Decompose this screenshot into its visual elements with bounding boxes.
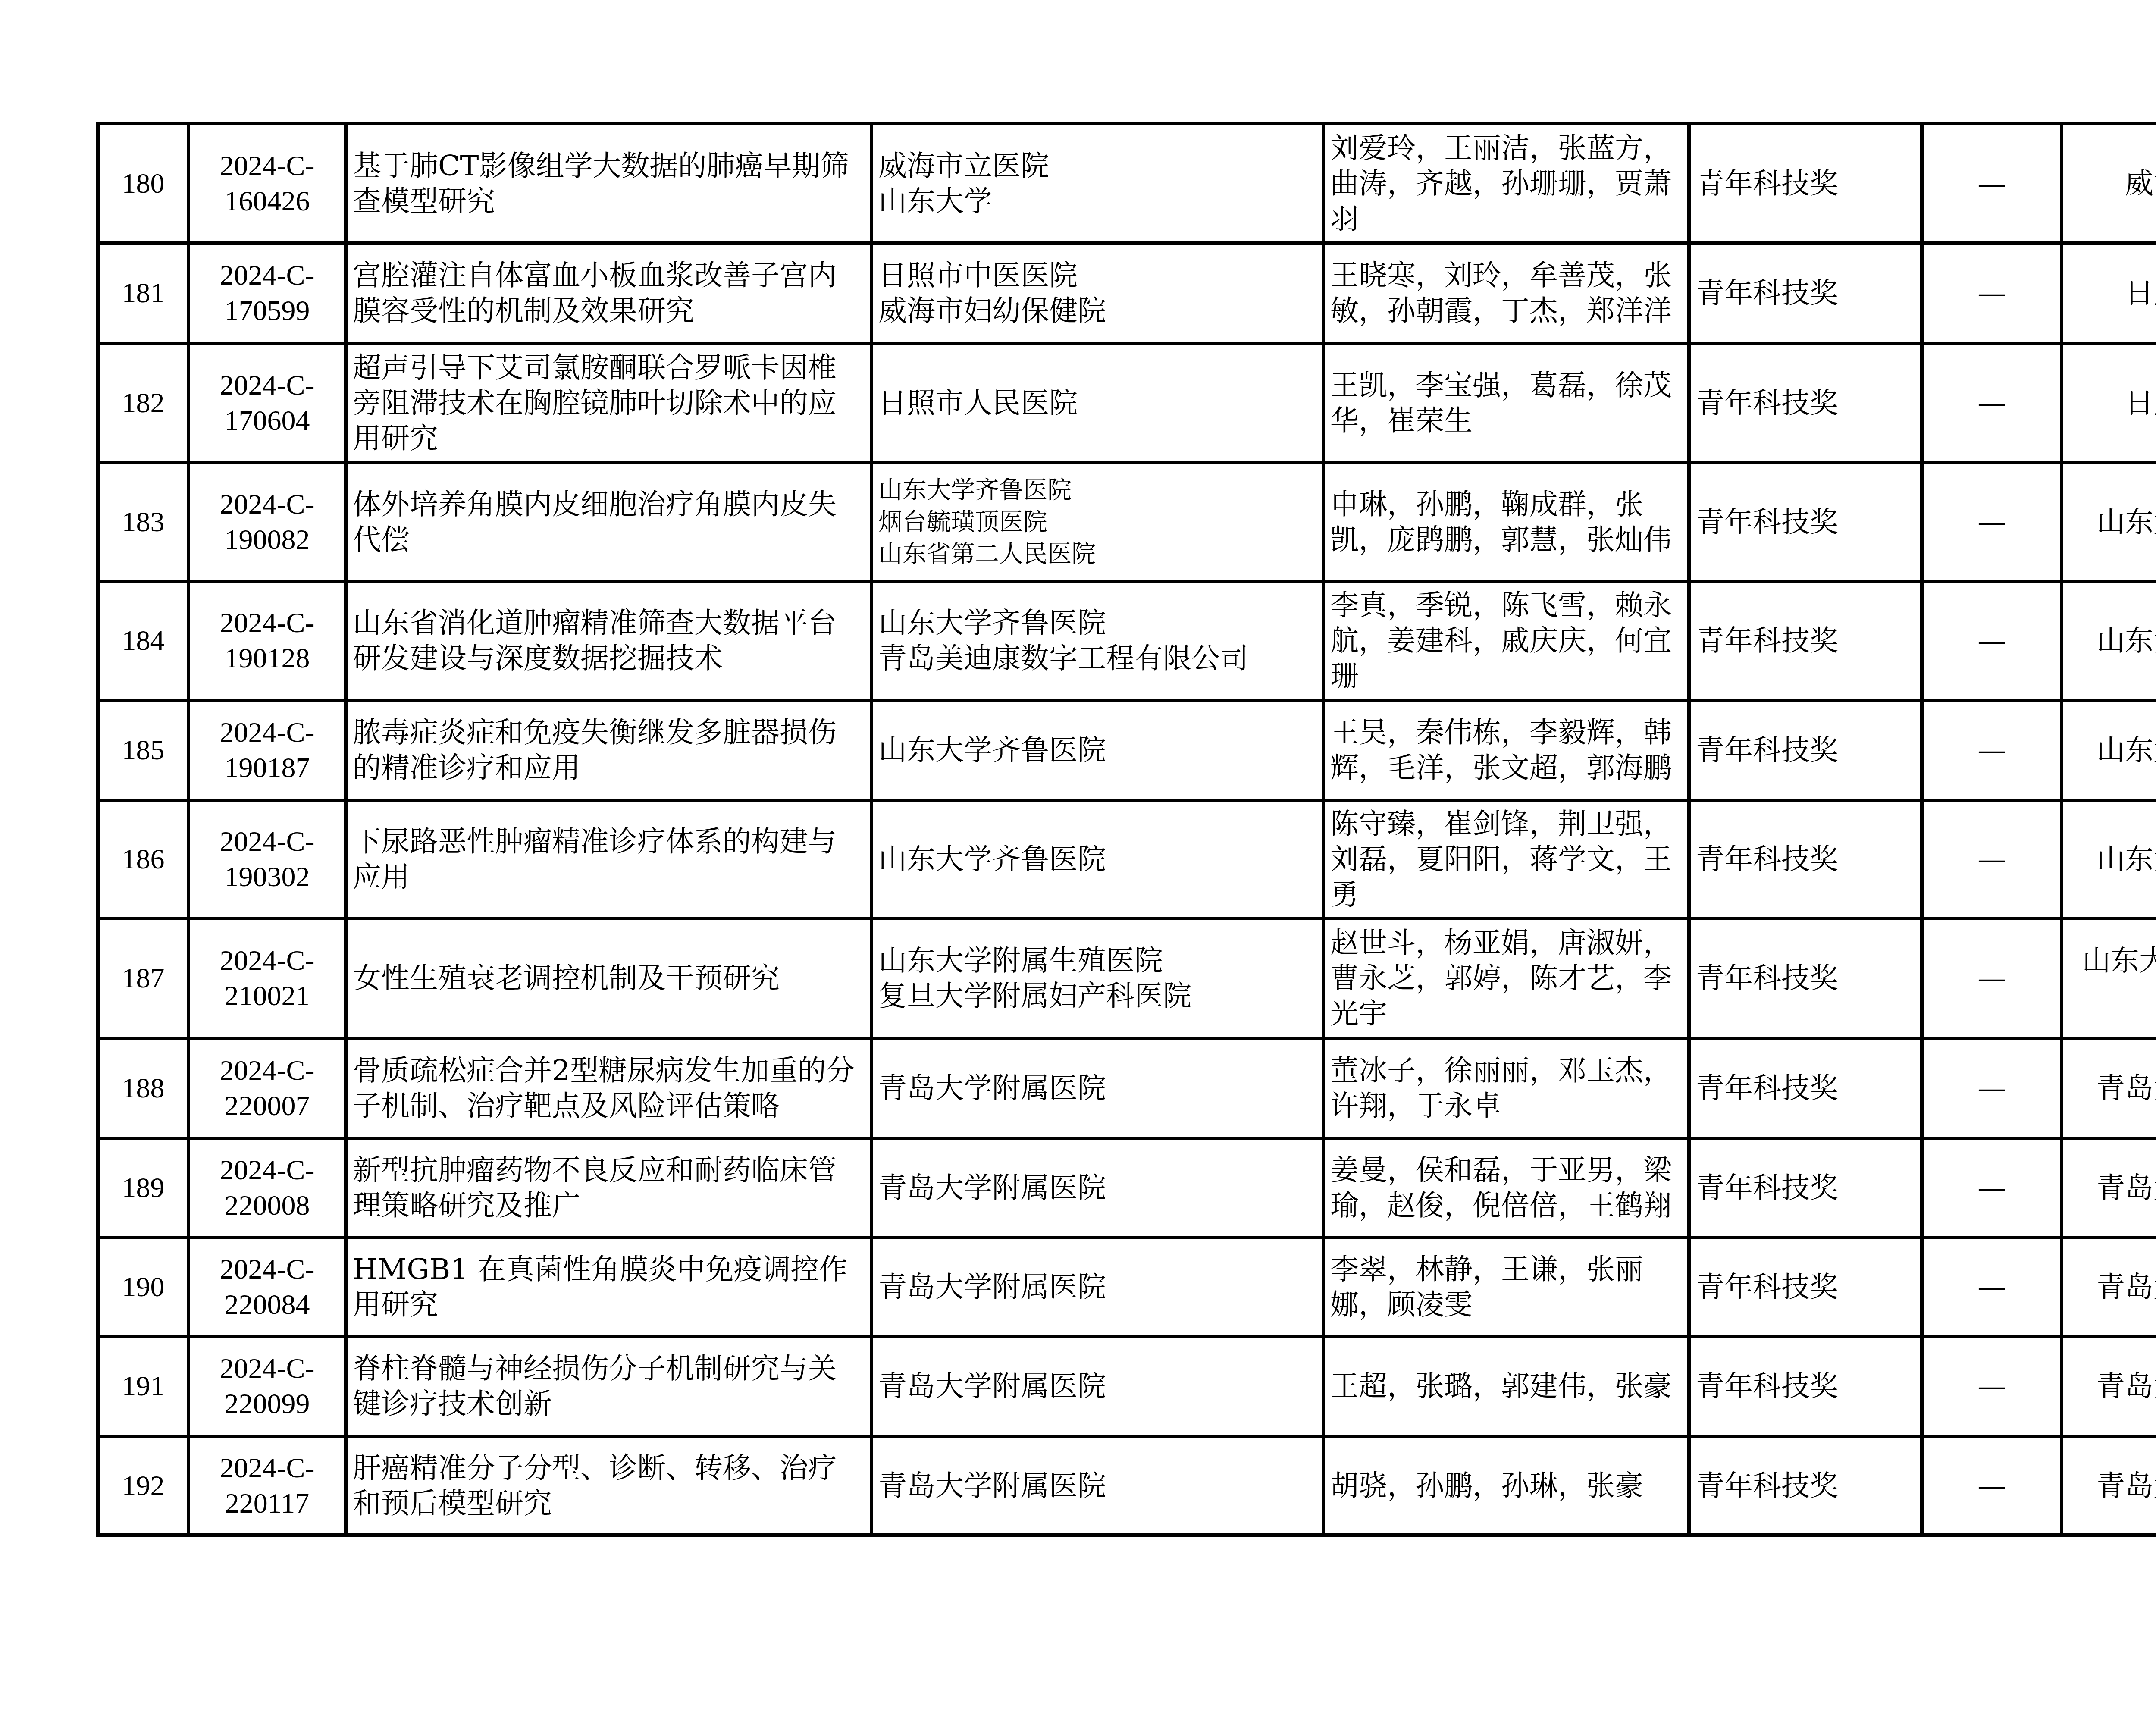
project-code-number: 170604 [195,403,339,439]
project-code-number: 210021 [195,978,339,1014]
grade: — [1977,843,2006,876]
cell-recommender: 山东大学齐鲁医院 [2062,700,2156,800]
project-title: 女性生殖衰老调控机制及干预研究 [353,962,780,995]
cell-award-type: 青年科技奖 [1689,463,1922,581]
serial-number: 192 [122,1470,165,1501]
recommender: 日照市医学会 [2125,386,2156,420]
award-type: 青年科技奖 [1696,733,1838,767]
cell-contributors: 申琳，孙鹏，鞠成群，张凯，庞鹍鹏，郭慧，张灿伟 [1323,463,1689,581]
table-row: 187 2024-C- 210021 女性生殖衰老调控机制及干预研究 山东大学附… [98,918,2156,1038]
cell-project-title: HMGB1 在真菌性角膜炎中免疫调控作用研究 [346,1238,871,1336]
recommender: 青岛大学附属医院 [2096,1369,2156,1403]
project-code-number: 220099 [195,1386,339,1422]
recommender: 山东大学齐鲁医院 [2096,733,2156,767]
cell-project-code: 2024-C- 220117 [188,1436,346,1535]
project-code-number: 220117 [195,1486,339,1521]
project-code-prefix: 2024-C- [195,368,339,403]
cell-grade: — [1922,1038,2062,1138]
cell-project-code: 2024-C- 190302 [188,800,346,918]
cell-grade: — [1922,581,2062,700]
cell-project-title: 体外培养角膜内皮细胞治疗角膜内皮失代偿 [346,463,871,581]
grade: — [1977,386,2006,420]
table-row: 180 2024-C- 160426 基于肺CT影像组学大数据的肺癌早期筛查模型… [98,124,2156,243]
project-code-number: 220008 [195,1188,339,1223]
cell-contributors: 王超，张璐，郭建伟，张豪 [1323,1336,1689,1436]
award-type: 青年科技奖 [1696,843,1838,876]
cell-serial-number: 190 [98,1238,188,1336]
cell-project-title: 肝癌精准分子分型、诊断、转移、治疗和预后模型研究 [346,1436,871,1535]
cell-contributors: 王晓寒，刘玲，牟善茂，张敏，孙朝霞，丁杰，郑洋洋 [1323,243,1689,343]
cell-award-type: 青年科技奖 [1689,918,1922,1038]
cell-recommender: 山东大学齐鲁医院 [2062,800,2156,918]
contributors: 申琳，孙鹏，鞠成群，张凯，庞鹍鹏，郭慧，张灿伟 [1330,488,1672,556]
project-title: 基于肺CT影像组学大数据的肺癌早期筛查模型研究 [353,149,849,218]
cell-serial-number: 181 [98,243,188,343]
institution-name: 青岛大学附属医院 [878,1468,1316,1504]
cell-contributors: 陈守臻，崔剑锋，荆卫强，刘磊，夏阳阳，蒋学文，王勇 [1323,800,1689,918]
table-body: 180 2024-C- 160426 基于肺CT影像组学大数据的肺癌早期筛查模型… [98,124,2156,1535]
cell-project-code: 2024-C- 160426 [188,124,346,243]
institution-name: 山东大学 [878,184,1316,219]
serial-number: 189 [122,1172,165,1203]
serial-number: 183 [122,506,165,538]
project-code-prefix: 2024-C- [195,148,339,184]
institution-name: 青岛大学附属医院 [878,1269,1316,1305]
institution-name: 青岛美迪康数字工程有限公司 [878,641,1316,676]
project-code-number: 190128 [195,641,339,676]
institution-name: 山东大学附属生殖医院 [878,943,1316,978]
cell-project-code: 2024-C- 220084 [188,1238,346,1336]
cell-contributors: 姜曼，侯和磊，于亚男，梁瑜，赵俊，倪倍倍，王鹤翔 [1323,1138,1689,1238]
cell-serial-number: 192 [98,1436,188,1535]
cell-recommender: 日照市医学会 [2062,343,2156,463]
project-code-prefix: 2024-C- [195,1252,339,1287]
institution-name: 山东大学齐鲁医院 [878,605,1316,641]
cell-institutions: 青岛大学附属医院 [871,1038,1323,1138]
cell-project-title: 超声引导下艾司氯胺酮联合罗哌卡因椎旁阻滞技术在胸腔镜肺叶切除术中的应用研究 [346,343,871,463]
project-title: 山东省消化道肿瘤精准筛查大数据平台研发建设与深度数据挖掘技术 [353,606,837,675]
contributors: 王超，张璐，郭建伟，张豪 [1330,1369,1672,1403]
cell-recommender: 青岛大学附属医院 [2062,1038,2156,1138]
cell-contributors: 赵世斗，杨亚娟，唐淑妍，曹永芝，郭婷，陈才艺，李光宇 [1323,918,1689,1038]
cell-project-title: 脊柱脊髓与神经损伤分子机制研究与关键诊疗技术创新 [346,1336,871,1436]
award-type: 青年科技奖 [1696,1369,1838,1403]
project-code-prefix: 2024-C- [195,824,339,859]
cell-project-code: 2024-C- 210021 [188,918,346,1038]
recommender: 山东大学齐鲁医院 [2096,843,2156,876]
contributors: 李真，季锐，陈飞雪，赖永航，姜建科，戚庆庆，何宜珊 [1330,589,1672,693]
cell-project-title: 脓毒症炎症和免疫失衡继发多脏器损伤的精准诊疗和应用 [346,700,871,800]
institution-name: 青岛大学附属医院 [878,1369,1316,1404]
cell-grade: — [1922,800,2062,918]
cell-project-title: 山东省消化道肿瘤精准筛查大数据平台研发建设与深度数据挖掘技术 [346,581,871,700]
table-row: 181 2024-C- 170599 宫腔灌注自体富血小板血浆改善子宫内膜容受性… [98,243,2156,343]
cell-serial-number: 184 [98,581,188,700]
grade: — [1977,962,2006,995]
institution-name: 山东大学齐鲁医院 [878,842,1316,877]
contributors: 赵世斗，杨亚娟，唐淑妍，曹永芝，郭婷，陈才艺，李光宇 [1330,926,1672,1030]
recommender: 青岛大学附属医院 [2096,1469,2156,1502]
institution-name: 山东大学齐鲁医院 [878,474,1316,506]
cell-contributors: 李翠，林静，王谦，张丽娜，顾凌雯 [1323,1238,1689,1336]
table-row: 189 2024-C- 220008 新型抗肿瘤药物不良反应和耐药临床管理策略研… [98,1138,2156,1238]
cell-institutions: 山东大学附属生殖医院复旦大学附属妇产科医院 [871,918,1323,1038]
project-code-prefix: 2024-C- [195,715,339,750]
cell-award-type: 青年科技奖 [1689,243,1922,343]
project-code-prefix: 2024-C- [195,1053,339,1088]
project-code-prefix: 2024-C- [195,1351,339,1386]
cell-award-type: 青年科技奖 [1689,1336,1922,1436]
cell-institutions: 青岛大学附属医院 [871,1336,1323,1436]
cell-award-type: 青年科技奖 [1689,1436,1922,1535]
institution-name: 青岛大学附属医院 [878,1170,1316,1206]
cell-institutions: 青岛大学附属医院 [871,1436,1323,1535]
project-code-number: 190082 [195,522,339,558]
cell-recommender: 青岛大学附属医院 [2062,1336,2156,1436]
cell-serial-number: 189 [98,1138,188,1238]
table-row: 190 2024-C- 220084 HMGB1 在真菌性角膜炎中免疫调控作用研… [98,1238,2156,1336]
contributors: 董冰子，徐丽丽，邓玉杰，许翔，于永卓 [1330,1054,1672,1122]
cell-grade: — [1922,700,2062,800]
cell-project-title: 基于肺CT影像组学大数据的肺癌早期筛查模型研究 [346,124,871,243]
contributors: 王晓寒，刘玲，牟善茂，张敏，孙朝霞，丁杰，郑洋洋 [1330,259,1672,327]
contributors: 王凯，李宝强，葛磊，徐茂华，崔荣生 [1330,369,1672,437]
project-code-number: 190187 [195,750,339,786]
institution-name: 复旦大学附属妇产科医院 [878,978,1316,1014]
cell-project-code: 2024-C- 170599 [188,243,346,343]
cell-grade: — [1922,1336,2062,1436]
contributors: 刘爱玲，王丽洁，张蓝方，曲涛，齐越，孙珊珊，贾萧羽 [1330,132,1672,235]
project-code-prefix: 2024-C- [195,1451,339,1486]
table-row: 186 2024-C- 190302 下尿路恶性肿瘤精准诊疗体系的构建与应用 山… [98,800,2156,918]
cell-award-type: 青年科技奖 [1689,581,1922,700]
project-title: 体外培养角膜内皮细胞治疗角膜内皮失代偿 [353,488,837,556]
project-code-prefix: 2024-C- [195,943,339,978]
contributors: 陈守臻，崔剑锋，荆卫强，刘磊，夏阳阳，蒋学文，王勇 [1330,807,1672,911]
contributors: 胡骁，孙鹏，孙琳，张豪 [1330,1469,1643,1502]
project-title: 下尿路恶性肿瘤精准诊疗体系的构建与应用 [353,825,837,893]
project-title: HMGB1 在真菌性角膜炎中免疫调控作用研究 [353,1253,847,1321]
cell-grade: — [1922,463,2062,581]
cell-project-code: 2024-C- 220008 [188,1138,346,1238]
cell-project-title: 女性生殖衰老调控机制及干预研究 [346,918,871,1038]
cell-serial-number: 185 [98,700,188,800]
award-type: 青年科技奖 [1696,276,1838,310]
cell-grade: — [1922,343,2062,463]
grade: — [1977,1072,2006,1105]
grade: — [1977,1270,2006,1304]
serial-number: 182 [122,387,165,419]
award-type: 青年科技奖 [1696,962,1838,995]
project-code-prefix: 2024-C- [195,1153,339,1188]
grade: — [1977,1469,2006,1502]
award-type: 青年科技奖 [1696,624,1838,657]
cell-recommender: 山东大学齐鲁医院 [2062,581,2156,700]
project-title: 骨质疏松症合并2型糖尿病发生加重的分子机制、治疗靶点及风险评估策略 [353,1054,855,1122]
contributors: 王昊，秦伟栋，李毅辉，韩辉，毛洋，张文超，郭海鹏 [1330,716,1672,784]
cell-project-code: 2024-C- 220007 [188,1038,346,1138]
serial-number: 180 [122,168,165,199]
cell-contributors: 李真，季锐，陈飞雪，赖永航，姜建科，戚庆庆，何宜珊 [1323,581,1689,700]
cell-award-type: 青年科技奖 [1689,1138,1922,1238]
cell-serial-number: 180 [98,124,188,243]
cell-institutions: 山东大学齐鲁医院 [871,800,1323,918]
cell-contributors: 王凯，李宝强，葛磊，徐茂华，崔荣生 [1323,343,1689,463]
award-type: 青年科技奖 [1696,1171,1838,1204]
recommender: 日照市医学会 [2125,276,2156,310]
cell-institutions: 威海市立医院山东大学 [871,124,1323,243]
project-code-prefix: 2024-C- [195,258,339,293]
award-type: 青年科技奖 [1696,1072,1838,1105]
cell-grade: — [1922,918,2062,1038]
institution-name: 青岛大学附属医院 [878,1071,1316,1106]
cell-grade: — [1922,1238,2062,1336]
institution-name: 烟台毓璜顶医院 [878,506,1316,538]
cell-award-type: 青年科技奖 [1689,1038,1922,1138]
cell-award-type: 青年科技奖 [1689,800,1922,918]
cell-institutions: 山东大学齐鲁医院青岛美迪康数字工程有限公司 [871,581,1323,700]
cell-grade: — [1922,124,2062,243]
cell-project-title: 新型抗肿瘤药物不良反应和耐药临床管理策略研究及推广 [346,1138,871,1238]
serial-number: 187 [122,962,165,994]
cell-contributors: 董冰子，徐丽丽，邓玉杰，许翔，于永卓 [1323,1038,1689,1138]
recommender: 山东大学附属生殖医院 [2082,944,2156,1012]
cell-institutions: 青岛大学附属医院 [871,1138,1323,1238]
award-type: 青年科技奖 [1696,386,1838,420]
cell-institutions: 日照市中医医院威海市妇幼保健院 [871,243,1323,343]
project-title: 超声引导下艾司氯胺酮联合罗哌卡因椎旁阻滞技术在胸腔镜肺叶切除术中的应用研究 [353,351,837,455]
project-code-prefix: 2024-C- [195,487,339,522]
cell-project-title: 宫腔灌注自体富血小板血浆改善子宫内膜容受性的机制及效果研究 [346,243,871,343]
table-row: 188 2024-C- 220007 骨质疏松症合并2型糖尿病发生加重的分子机制… [98,1038,2156,1138]
project-title: 新型抗肿瘤药物不良反应和耐药临床管理策略研究及推广 [353,1153,837,1222]
contributors: 姜曼，侯和磊，于亚男，梁瑜，赵俊，倪倍倍，王鹤翔 [1330,1153,1672,1222]
award-type: 青年科技奖 [1696,1270,1838,1304]
cell-contributors: 王昊，秦伟栋，李毅辉，韩辉，毛洋，张文超，郭海鹏 [1323,700,1689,800]
cell-institutions: 日照市人民医院 [871,343,1323,463]
table-row: 184 2024-C- 190128 山东省消化道肿瘤精准筛查大数据平台研发建设… [98,581,2156,700]
serial-number: 190 [122,1271,165,1303]
recommender: 山东大学齐鲁医院 [2096,505,2156,539]
project-code-number: 170599 [195,293,339,329]
table-row: 182 2024-C- 170604 超声引导下艾司氯胺酮联合罗哌卡因椎旁阻滞技… [98,343,2156,463]
cell-recommender: 青岛大学附属医院 [2062,1238,2156,1336]
serial-number: 188 [122,1072,165,1104]
cell-award-type: 青年科技奖 [1689,700,1922,800]
serial-number: 191 [122,1370,165,1402]
table-row: 192 2024-C- 220117 肝癌精准分子分型、诊断、转移、治疗和预后模… [98,1436,2156,1535]
grade: — [1977,167,2006,200]
project-code-number: 220007 [195,1088,339,1124]
project-code-number: 190302 [195,859,339,895]
cell-recommender: 山东大学附属生殖医院 [2062,918,2156,1038]
cell-grade: — [1922,1436,2062,1535]
award-table: 180 2024-C- 160426 基于肺CT影像组学大数据的肺癌早期筛查模型… [96,122,2156,1537]
project-code-number: 220084 [195,1287,339,1322]
cell-institutions: 山东大学齐鲁医院 [871,700,1323,800]
institution-name: 日照市中医医院 [878,258,1316,293]
cell-grade: — [1922,243,2062,343]
award-type: 青年科技奖 [1696,1469,1838,1502]
table-row: 183 2024-C- 190082 体外培养角膜内皮细胞治疗角膜内皮失代偿 山… [98,463,2156,581]
cell-institutions: 山东大学齐鲁医院烟台毓璜顶医院山东省第二人民医院 [871,463,1323,581]
recommender: 青岛大学附属医院 [2096,1270,2156,1304]
cell-project-title: 骨质疏松症合并2型糖尿病发生加重的分子机制、治疗靶点及风险评估策略 [346,1038,871,1138]
serial-number: 184 [122,625,165,656]
cell-project-title: 下尿路恶性肿瘤精准诊疗体系的构建与应用 [346,800,871,918]
cell-award-type: 青年科技奖 [1689,124,1922,243]
cell-project-code: 2024-C- 190128 [188,581,346,700]
grade: — [1977,1171,2006,1204]
cell-grade: — [1922,1138,2062,1238]
cell-project-code: 2024-C- 190187 [188,700,346,800]
cell-serial-number: 191 [98,1336,188,1436]
grade: — [1977,276,2006,310]
institution-name: 日照市人民医院 [878,385,1316,421]
serial-number: 186 [122,843,165,875]
table-row: 191 2024-C- 220099 脊柱脊髓与神经损伤分子机制研究与关键诊疗技… [98,1336,2156,1436]
project-title: 脓毒症炎症和免疫失衡继发多脏器损伤的精准诊疗和应用 [353,716,837,784]
cell-recommender: 日照市医学会 [2062,243,2156,343]
award-type: 青年科技奖 [1696,167,1838,200]
grade: — [1977,733,2006,767]
award-type: 青年科技奖 [1696,505,1838,539]
project-title: 宫腔灌注自体富血小板血浆改善子宫内膜容受性的机制及效果研究 [353,259,837,327]
cell-award-type: 青年科技奖 [1689,1238,1922,1336]
cell-serial-number: 187 [98,918,188,1038]
project-title: 肝癌精准分子分型、诊断、转移、治疗和预后模型研究 [353,1451,837,1520]
cell-contributors: 胡骁，孙鹏，孙琳，张豪 [1323,1436,1689,1535]
project-title: 脊柱脊髓与神经损伤分子机制研究与关键诊疗技术创新 [353,1352,837,1420]
institution-name: 威海市立医院 [878,148,1316,184]
grade: — [1977,505,2006,539]
cell-project-code: 2024-C- 170604 [188,343,346,463]
cell-recommender: 青岛大学附属医院 [2062,1436,2156,1535]
cell-recommender: 山东大学齐鲁医院 [2062,463,2156,581]
cell-award-type: 青年科技奖 [1689,343,1922,463]
recommender: 山东大学齐鲁医院 [2096,624,2156,657]
project-code-number: 160426 [195,184,339,219]
contributors: 李翠，林静，王谦，张丽娜，顾凌雯 [1330,1253,1643,1321]
cell-institutions: 青岛大学附属医院 [871,1238,1323,1336]
serial-number: 181 [122,277,165,309]
institution-name: 山东省第二人民医院 [878,538,1316,570]
institution-name: 山东大学齐鲁医院 [878,733,1316,768]
cell-recommender: 青岛大学附属医院 [2062,1138,2156,1238]
cell-recommender: 威海市医学会 [2062,124,2156,243]
cell-serial-number: 188 [98,1038,188,1138]
project-code-prefix: 2024-C- [195,605,339,641]
cell-serial-number: 182 [98,343,188,463]
table-row: 185 2024-C- 190187 脓毒症炎症和免疫失衡继发多脏器损伤的精准诊… [98,700,2156,800]
cell-serial-number: 186 [98,800,188,918]
institution-name: 威海市妇幼保健院 [878,293,1316,329]
grade: — [1977,1369,2006,1403]
recommender: 青岛大学附属医院 [2096,1072,2156,1105]
serial-number: 185 [122,734,165,766]
cell-project-code: 2024-C- 190082 [188,463,346,581]
cell-serial-number: 183 [98,463,188,581]
recommender: 威海市医学会 [2125,167,2156,200]
grade: — [1977,624,2006,657]
cell-contributors: 刘爱玲，王丽洁，张蓝方，曲涛，齐越，孙珊珊，贾萧羽 [1323,124,1689,243]
cell-project-code: 2024-C- 220099 [188,1336,346,1436]
recommender: 青岛大学附属医院 [2096,1171,2156,1204]
